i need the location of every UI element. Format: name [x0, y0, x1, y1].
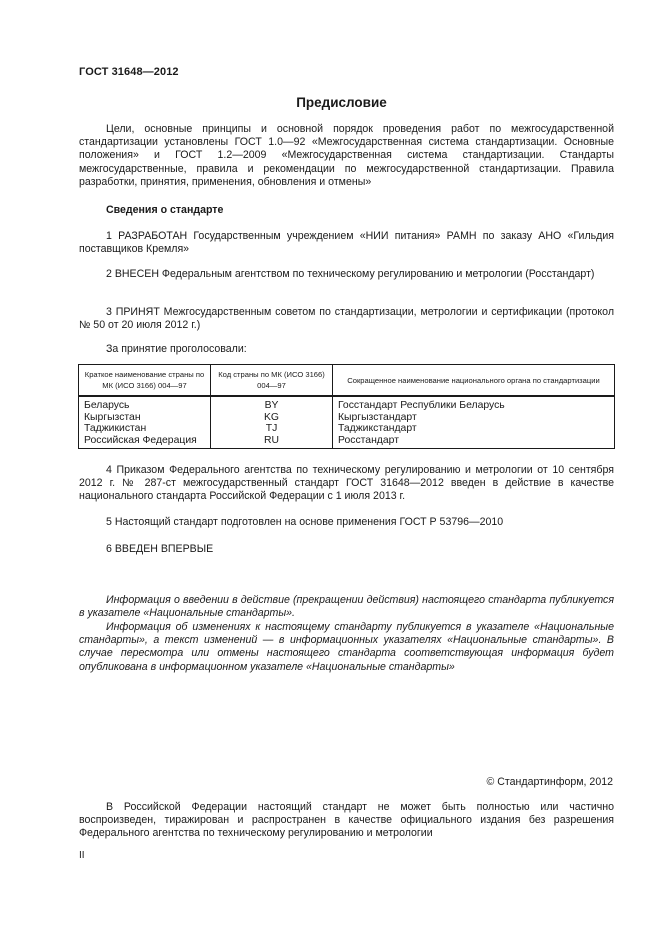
header-country: Краткое наименование страны по МК (ИСО 3…: [79, 365, 211, 397]
cell-code: TJ: [211, 423, 333, 435]
cell-country: Кыргызстан: [79, 412, 211, 424]
cell-body: Кыргызстандарт: [333, 412, 615, 424]
table-row: Российская Федерация RU Росстандарт: [79, 435, 615, 449]
info-paragraph-2: Информация об изменениях к настоящему ст…: [79, 621, 614, 674]
cell-country: Таджикистан: [79, 423, 211, 435]
cell-country: Беларусь: [79, 396, 211, 412]
item-5: 5 Настоящий стандарт подготовлен на осно…: [79, 516, 614, 529]
info-paragraph-1: Информация о введении в действие (прекра…: [79, 594, 614, 620]
table-row: Таджикистан TJ Таджикстандарт: [79, 423, 615, 435]
item-3: 3 ПРИНЯТ Межгосударственным советом по с…: [79, 306, 614, 332]
reproduction-notice-text: В Российской Федерации настоящий стандар…: [79, 801, 614, 839]
table-row: Беларусь BY Госстандарт Республики Белар…: [79, 396, 615, 412]
section-heading: Сведения о стандарте: [106, 204, 223, 216]
item-3-text: 3 ПРИНЯТ Межгосударственным советом по с…: [79, 306, 614, 331]
table-header-row: Краткое наименование страны по МК (ИСО 3…: [79, 365, 615, 397]
cell-code: RU: [211, 435, 333, 449]
item-2-text: 2 ВНЕСЕН Федеральным агентством по техни…: [106, 268, 594, 280]
cell-body: Госстандарт Республики Беларусь: [333, 396, 615, 412]
cell-body: Таджикстандарт: [333, 423, 615, 435]
reproduction-notice: В Российской Федерации настоящий стандар…: [79, 801, 614, 841]
item-5-text: 5 Настоящий стандарт подготовлен на осно…: [106, 516, 503, 528]
intro-paragraph: Цели, основные принципы и основной поряд…: [79, 123, 614, 189]
item-4-text: 4 Приказом Федерального агентства по тех…: [79, 464, 614, 502]
document-header: ГОСТ 31648—2012: [79, 66, 179, 78]
cell-code: BY: [211, 396, 333, 412]
item-4: 4 Приказом Федерального агентства по тех…: [79, 464, 614, 504]
intro-text: Цели, основные принципы и основной поряд…: [79, 123, 614, 188]
votes-label: За принятие проголосовали:: [79, 343, 614, 356]
page-number: II: [79, 850, 85, 861]
page-title: Предисловие: [0, 95, 661, 110]
item-1-text: 1 РАЗРАБОТАН Государственным учреждением…: [79, 230, 614, 255]
votes-label-text: За принятие проголосовали:: [106, 343, 247, 355]
table-row: Кыргызстан KG Кыргызстандарт: [79, 412, 615, 424]
copyright: © Стандартинформ, 2012: [487, 776, 613, 788]
header-code: Код страны по МК (ИСО 3166) 004—97: [211, 365, 333, 397]
cell-code: KG: [211, 412, 333, 424]
cell-body: Росстандарт: [333, 435, 615, 449]
info-1-text: Информация о введении в действие (прекра…: [79, 594, 614, 619]
item-1: 1 РАЗРАБОТАН Государственным учреждением…: [79, 230, 614, 256]
item-2: 2 ВНЕСЕН Федеральным агентством по техни…: [79, 268, 614, 281]
info-2-text: Информация об изменениях к настоящему ст…: [79, 621, 614, 673]
cell-country: Российская Федерация: [79, 435, 211, 449]
item-6: 6 ВВЕДЕН ВПЕРВЫЕ: [79, 543, 614, 556]
document-page: ГОСТ 31648—2012 Предисловие Цели, основн…: [0, 0, 661, 936]
header-body: Сокращенное наименование национального о…: [333, 365, 615, 397]
votes-table: Краткое наименование страны по МК (ИСО 3…: [78, 364, 615, 449]
item-6-text: 6 ВВЕДЕН ВПЕРВЫЕ: [106, 543, 213, 555]
